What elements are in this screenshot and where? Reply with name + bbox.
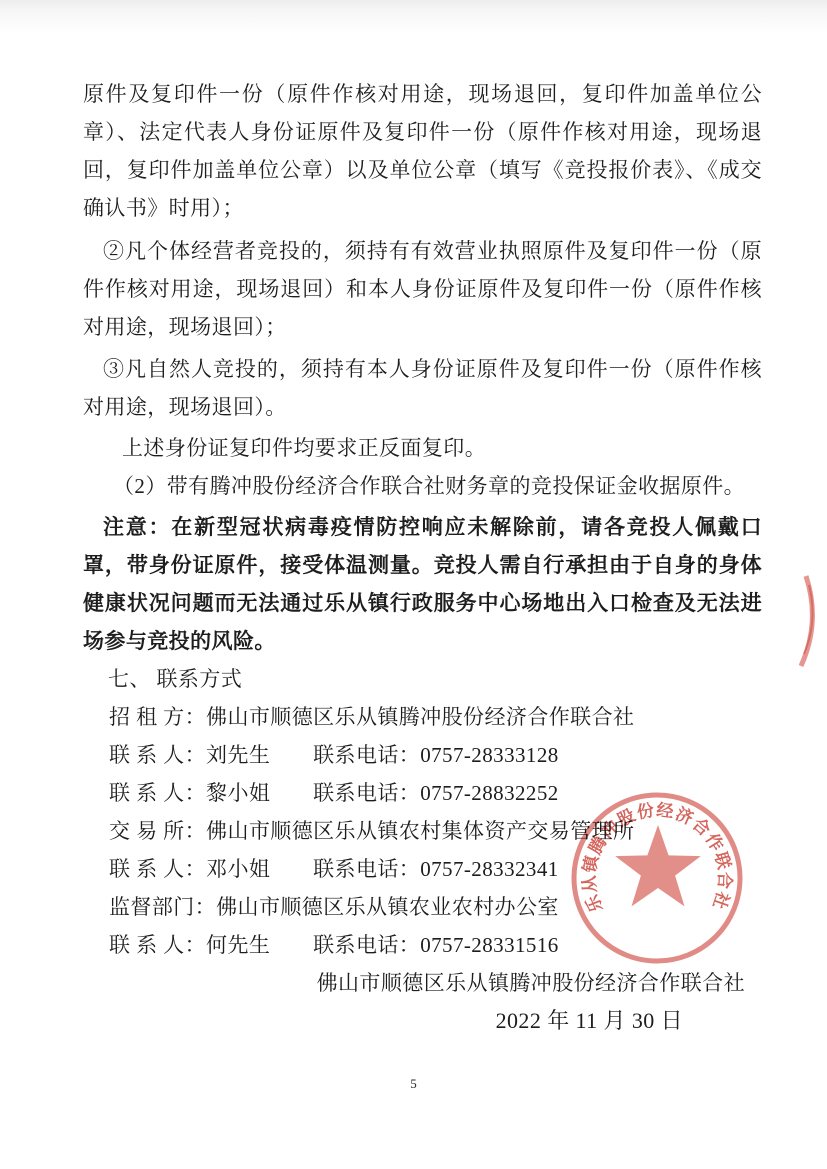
contact-line-li: 联 系 人：黎小姐 联系电话：0757-28832252 [109, 774, 762, 812]
signature-org: 佛山市顺德区乐从镇腾冲股份经济合作联合社 [83, 964, 762, 1002]
contact-line-he: 联 系 人：何先生 联系电话：0757-28331516 [109, 926, 762, 964]
document-page: 原件及复印件一份（原件作核对用途，现场退回，复印件加盖单位公章）、法定代表人身份… [0, 0, 827, 1169]
id-copy-note: 上述身份证复印件均要求正反面复印。 [83, 429, 762, 467]
deposit-receipt-item: （2）带有腾冲股份经济合作联合社财务章的竞投保证金收据原件。 [83, 467, 762, 505]
clause-item-3: ③凡自然人竞投的，须持有本人身份证原件及复印件一份（原件作核对用途，现场退回）。 [83, 350, 762, 426]
clause-item-2: ②凡个体经营者竞投的，须持有有效营业执照原件及复印件一份（原件作核对用途，现场退… [83, 232, 762, 346]
contact-line-exchange: 交 易 所：佛山市顺德区乐从镇农村集体资产交易管理所 [109, 812, 762, 850]
section-heading-contact: 七、 联系方式 [83, 660, 762, 698]
signature-date: 2022 年 11 月 30 日 [83, 1002, 762, 1040]
covid-notice: 注意：在新型冠状病毒疫情防控响应未解除前，请各竞投人佩戴口罩，带身份证原件，接受… [83, 508, 762, 660]
document-body: 原件及复印件一份（原件作核对用途，现场退回，复印件加盖单位公章）、法定代表人身份… [0, 0, 827, 1040]
contact-line-landlord: 招 租 方：佛山市顺德区乐从镇腾冲股份经济合作联合社 [109, 698, 762, 736]
contact-line-liu: 联 系 人：刘先生 联系电话：0757-28333128 [109, 736, 762, 774]
contact-line-supervisor: 监督部门：佛山市顺德区乐从镇农业农村办公室 [109, 888, 762, 926]
contact-block: 招 租 方：佛山市顺德区乐从镇腾冲股份经济合作联合社 联 系 人：刘先生 联系电… [83, 698, 762, 964]
contact-line-deng: 联 系 人：邓小姐 联系电话：0757-28332341 [109, 850, 762, 888]
body-paragraph-carryover: 原件及复印件一份（原件作核对用途，现场退回，复印件加盖单位公章）、法定代表人身份… [83, 75, 762, 227]
page-number: 5 [0, 1076, 827, 1092]
